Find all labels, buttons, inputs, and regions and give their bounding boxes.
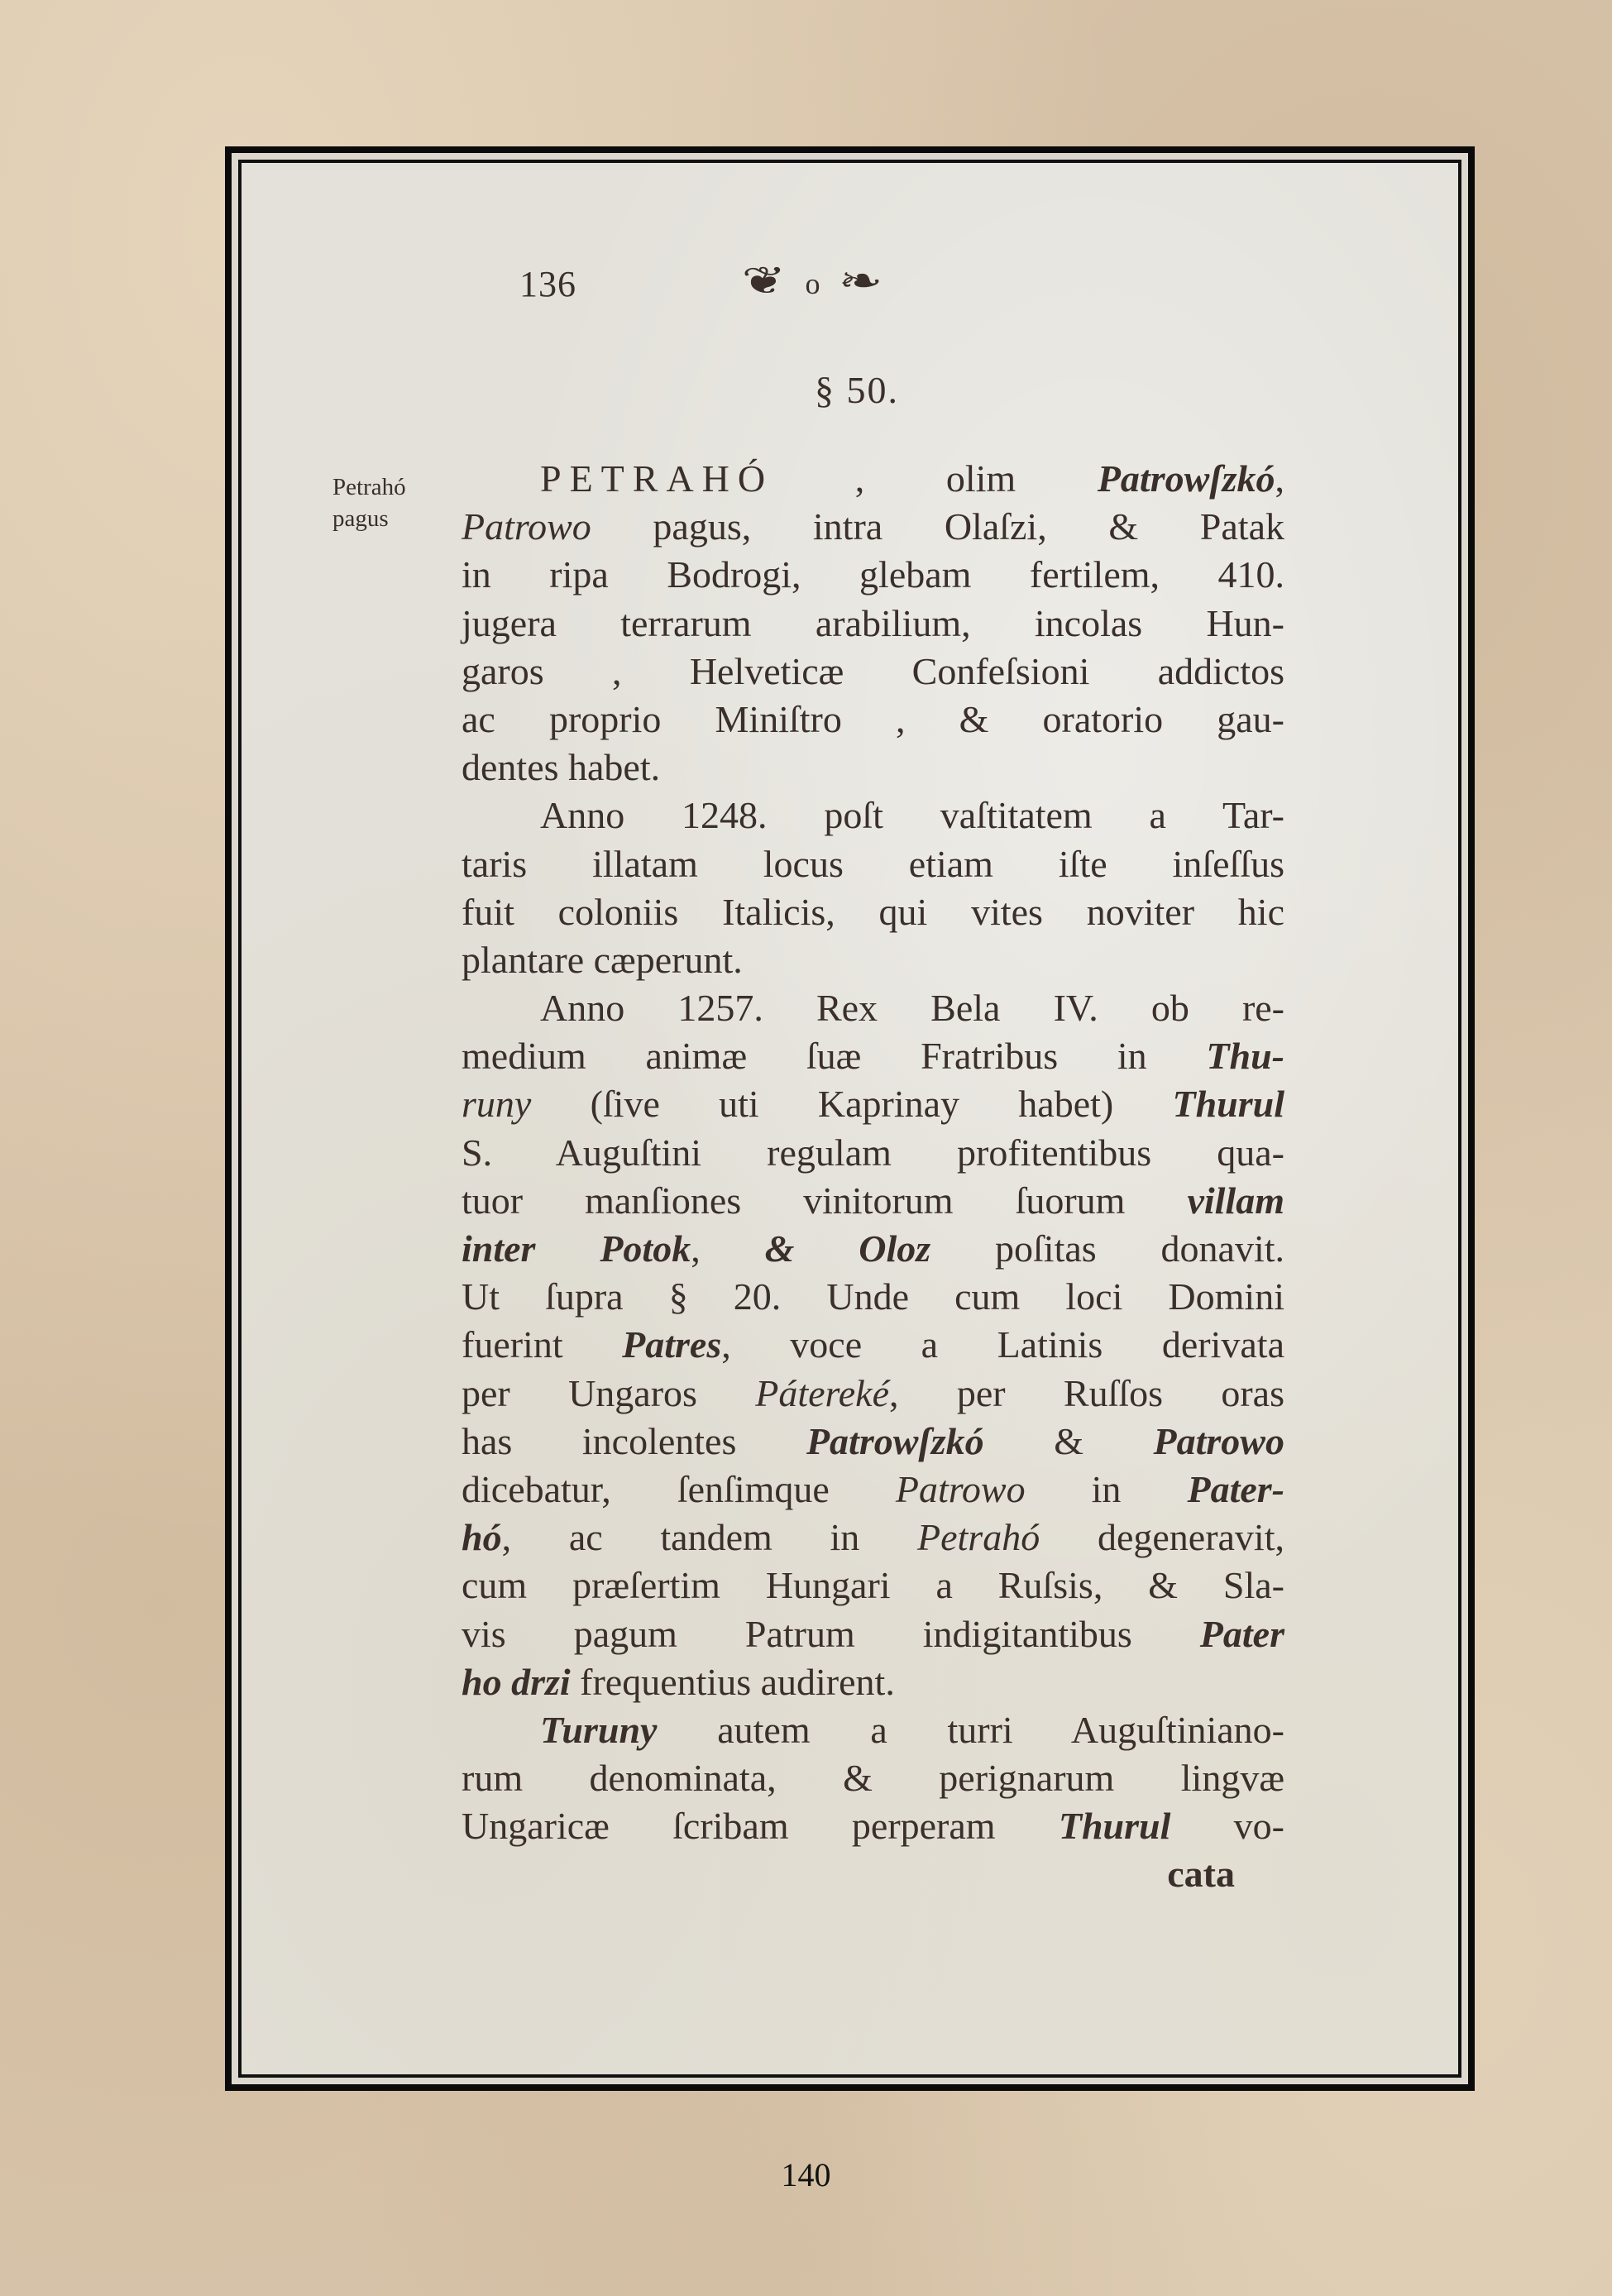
text-run: cata bbox=[1167, 1853, 1235, 1895]
text-run: , voce a Latinis derivata bbox=[721, 1323, 1284, 1366]
text-line: dentes habet. bbox=[462, 744, 1284, 792]
italic-run: Patres bbox=[622, 1323, 721, 1366]
text-run: has incolentes bbox=[462, 1420, 806, 1462]
text-run: per Ungaros bbox=[462, 1372, 755, 1414]
text-run: fuit coloniis Italicis, qui vites novite… bbox=[462, 891, 1284, 933]
text-line: ho drzi frequentius audirent. bbox=[462, 1658, 1284, 1706]
text-run: vis pagum Patrum indigitantibus bbox=[462, 1613, 1200, 1655]
text-run: dentes habet. bbox=[462, 746, 660, 788]
text-run: degeneravit, bbox=[1040, 1516, 1284, 1558]
text-line: Ut ſupra § 20. Unde cum loci Domini bbox=[462, 1273, 1284, 1321]
italic-run: & Oloz bbox=[765, 1227, 931, 1270]
italic-run: Pater- bbox=[1187, 1468, 1284, 1510]
catchword: cata bbox=[462, 1850, 1284, 1898]
text-run: (ſive uti Kaprinay habet) bbox=[531, 1083, 1172, 1125]
italic-run: Pátereké bbox=[755, 1372, 889, 1414]
text-run: , bbox=[691, 1227, 764, 1270]
text-line: medium animæ ſuæ Fratribus in Thu- bbox=[462, 1032, 1284, 1080]
text-line: inter Potok, & Oloz poſitas donavit. bbox=[462, 1225, 1284, 1273]
italic-run: Thurul bbox=[1172, 1083, 1284, 1125]
italic-run: Petrahó bbox=[917, 1516, 1040, 1558]
body-text: PETRAHÓ , olim Patrowſzkó, Patrowo pagus… bbox=[462, 455, 1284, 1899]
italic-run: Turuny bbox=[540, 1709, 657, 1751]
text-line: garos , Helveticæ Confeſsioni addictos bbox=[462, 648, 1284, 696]
text-line: cum præſertim Hungari a Ruſsis, & Sla- bbox=[462, 1562, 1284, 1610]
text-line: ac proprio Miniſtro , & oratorio gau- bbox=[462, 696, 1284, 744]
text-run: vo- bbox=[1170, 1805, 1284, 1847]
text-run: Anno 1248. poſt vaſtitatem a Tar- bbox=[540, 794, 1284, 836]
text-run: in bbox=[1026, 1468, 1188, 1510]
text-line: PETRAHÓ , olim Patrowſzkó, bbox=[462, 455, 1284, 503]
text-run: ac proprio Miniſtro , & oratorio gau- bbox=[462, 698, 1284, 740]
text-line: vis pagum Patrum indigitantibus Pater bbox=[462, 1610, 1284, 1658]
text-run: , bbox=[1275, 457, 1285, 500]
italic-run: runy bbox=[462, 1083, 531, 1125]
text-run: tuor manſiones vinitorum ſuorum bbox=[462, 1179, 1187, 1222]
running-head: 136 ❦o❧ bbox=[0, 263, 1612, 313]
fleuron-right-icon: ❧ bbox=[838, 258, 887, 303]
italic-run: hó bbox=[462, 1516, 502, 1558]
italic-run: Patrowo bbox=[1154, 1420, 1284, 1462]
fleuron-left-icon: ❦ bbox=[741, 258, 791, 303]
text-run: autem a turri Auguſtiniano- bbox=[657, 1709, 1284, 1751]
text-line: S. Auguſtini regulam profitentibus qua- bbox=[462, 1129, 1284, 1177]
text-line: per Ungaros Pátereké, per Ruſſos oras bbox=[462, 1370, 1284, 1418]
text-run: frequentius audirent. bbox=[571, 1661, 895, 1703]
text-run: rum denominata, & perignarum lingvæ bbox=[462, 1757, 1284, 1799]
text-line: runy (ſive uti Kaprinay habet) Thurul bbox=[462, 1080, 1284, 1128]
text-run: , ac tandem in bbox=[502, 1516, 917, 1558]
text-line: Anno 1257. Rex Bela IV. ob re- bbox=[462, 984, 1284, 1032]
text-line: fuerint Patres, voce a Latinis derivata bbox=[462, 1321, 1284, 1369]
text-line: dicebatur, ſenſimque Patrowo in Pater- bbox=[462, 1466, 1284, 1514]
italic-run: Patrowſzkó bbox=[806, 1420, 984, 1462]
printer-ornament: ❦o❧ bbox=[749, 258, 880, 303]
text-run: in ripa Bodrogi, glebam fertilem, 410. bbox=[462, 553, 1284, 596]
text-line: hó, ac tandem in Petrahó degeneravit, bbox=[462, 1514, 1284, 1562]
ornament-center-ring: o bbox=[806, 266, 824, 301]
text-run: & bbox=[984, 1420, 1154, 1462]
text-run: poſitas donavit. bbox=[930, 1227, 1284, 1270]
text-run: jugera terrarum arabilium, incolas Hun- bbox=[462, 602, 1284, 644]
viewer-page-number: 140 bbox=[0, 2155, 1612, 2194]
entry-headword: PETRAHÓ bbox=[540, 457, 773, 500]
text-line: tuor manſiones vinitorum ſuorum villam bbox=[462, 1177, 1284, 1225]
italic-run: Pater bbox=[1200, 1613, 1284, 1655]
text-line: jugera terrarum arabilium, incolas Hun- bbox=[462, 600, 1284, 648]
text-run: Ut ſupra § 20. Unde cum loci Domini bbox=[462, 1275, 1284, 1318]
text-run: Anno 1257. Rex Bela IV. ob re- bbox=[540, 987, 1284, 1029]
text-run: pagus, intra Olaſzi, & Patak bbox=[591, 505, 1284, 548]
text-run: plantare cæperunt. bbox=[462, 939, 743, 981]
margin-note-line-1: Petrahó bbox=[332, 471, 406, 503]
text-run: fuerint bbox=[462, 1323, 622, 1366]
italic-run: Patrowſzkó bbox=[1098, 457, 1275, 500]
text-line: in ripa Bodrogi, glebam fertilem, 410. bbox=[462, 551, 1284, 599]
italic-run: ho drzi bbox=[462, 1661, 571, 1703]
text-run: S. Auguſtini regulam profitentibus qua- bbox=[462, 1131, 1284, 1174]
section-heading: § 50. bbox=[815, 368, 899, 412]
text-line: has incolentes Patrowſzkó & Patrowo bbox=[462, 1418, 1284, 1466]
margin-note-line-2: pagus bbox=[332, 503, 406, 534]
text-line: fuit coloniis Italicis, qui vites novite… bbox=[462, 888, 1284, 936]
text-line: rum denominata, & perignarum lingvæ bbox=[462, 1754, 1284, 1802]
italic-run: Thurul bbox=[1059, 1805, 1171, 1847]
text-run: dicebatur, ſenſimque bbox=[462, 1468, 896, 1510]
italic-run: Thu- bbox=[1206, 1035, 1284, 1077]
text-run: Ungaricæ ſcribam perperam bbox=[462, 1805, 1059, 1847]
text-line: Anno 1248. poſt vaſtitatem a Tar- bbox=[462, 792, 1284, 839]
text-line: Turuny autem a turri Auguſtiniano- bbox=[462, 1706, 1284, 1754]
margin-note: Petrahó pagus bbox=[332, 471, 406, 534]
text-run: cum præſertim Hungari a Ruſsis, & Sla- bbox=[462, 1564, 1284, 1606]
text-line: taris illatam locus etiam iſte inſeſſus bbox=[462, 840, 1284, 888]
text-run: , olim bbox=[773, 457, 1098, 500]
italic-run: Patrowo bbox=[462, 505, 591, 548]
italic-run: inter Potok bbox=[462, 1227, 691, 1270]
original-folio-number: 136 bbox=[519, 263, 576, 305]
text-line: plantare cæperunt. bbox=[462, 936, 1284, 984]
text-run: taris illatam locus etiam iſte inſeſſus bbox=[462, 843, 1284, 885]
text-run: medium animæ ſuæ Fratribus in bbox=[462, 1035, 1206, 1077]
text-line: Ungaricæ ſcribam perperam Thurul vo- bbox=[462, 1802, 1284, 1850]
text-line: Patrowo pagus, intra Olaſzi, & Patak bbox=[462, 503, 1284, 551]
italic-run: villam bbox=[1187, 1179, 1284, 1222]
text-run: , per Ruſſos oras bbox=[889, 1372, 1284, 1414]
italic-run: Patrowo bbox=[896, 1468, 1026, 1510]
text-run: garos , Helveticæ Confeſsioni addictos bbox=[462, 650, 1284, 692]
